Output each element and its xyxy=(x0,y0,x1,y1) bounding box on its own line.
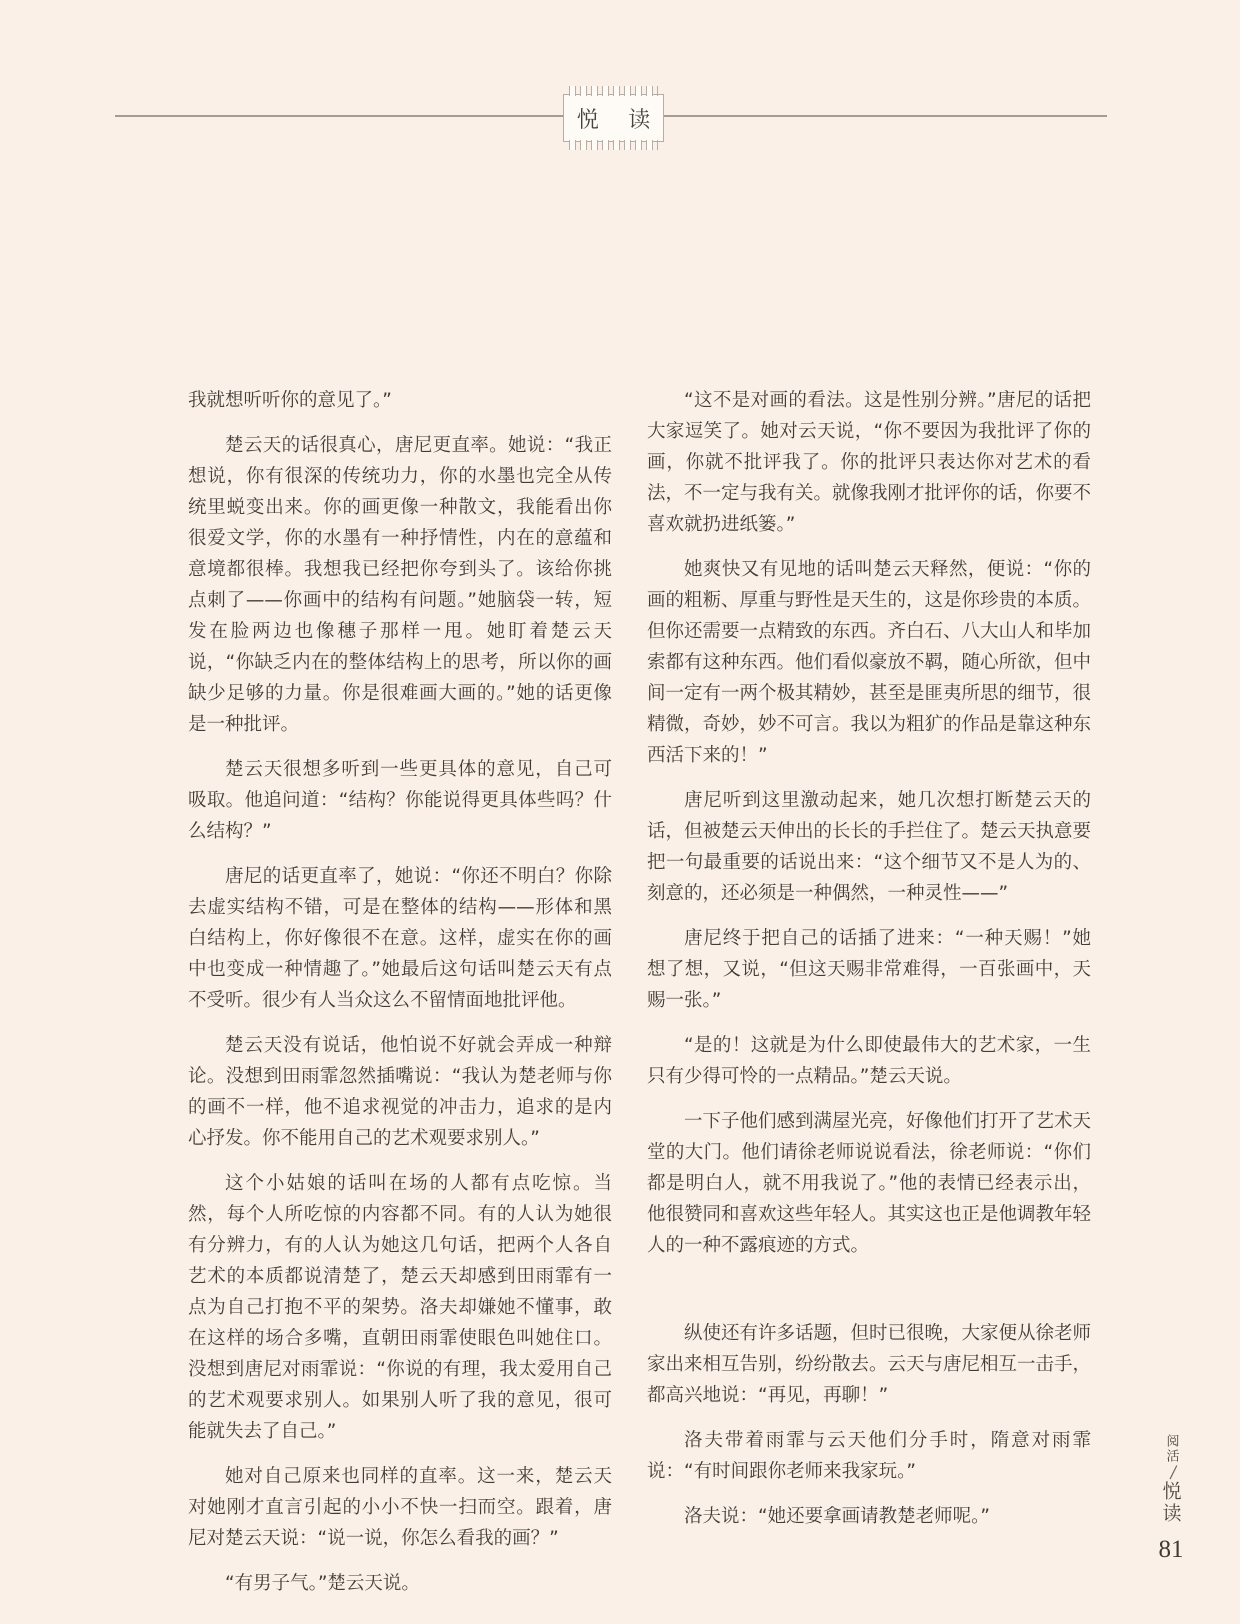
section-label: 悦读 xyxy=(1158,1481,1185,1525)
paragraph: 纵使还有许多话题，但时已很晚，大家便从徐老师家出来相互告别，纷纷散去。云天与唐尼… xyxy=(647,1318,1091,1411)
paragraph-continued: 我就想听听你的意见了。” xyxy=(188,385,612,416)
page-number: 81 xyxy=(1159,1536,1184,1564)
paragraph: “是的！这就是为什么即使最伟大的艺术家，一生只有少得可怜的一点精品。”楚云天说。 xyxy=(647,1030,1091,1092)
left-paragraphs: 楚云天的话很真心，唐尼更直率。她说：“我正想说，你有很深的传统功力，你的水墨也完… xyxy=(188,430,612,1599)
paragraph: 她对自己原来也同样的直率。这一来，楚云天对她刚才直言引起的小小不快一扫而空。跟着… xyxy=(188,1461,612,1554)
section-title: 悦 读 xyxy=(565,103,663,134)
section-header-badge: 悦 读 xyxy=(563,94,664,142)
paragraph: 楚云天没有说话，他怕说不好就会弄成一种辩论。没想到田雨霏忽然插嘴说：“我认为楚老… xyxy=(188,1030,612,1154)
paragraph: 楚云天的话很真心，唐尼更直率。她说：“我正想说，你有很深的传统功力，你的水墨也完… xyxy=(188,430,612,740)
series-label: 阅活 xyxy=(1162,1434,1181,1464)
paragraph: 唐尼听到这里激动起来，她几次想打断楚云天的话，但被楚云天伸出的长长的手拦住了。楚… xyxy=(647,785,1091,909)
paragraph: 她爽快又有见地的话叫楚云天释然，便说：“你的画的粗粝、厚重与野性是天生的，这是你… xyxy=(647,554,1091,771)
right-closing-paragraphs: 纵使还有许多话题，但时已很晚，大家便从徐老师家出来相互告别，纷纷散去。云天与唐尼… xyxy=(647,1318,1091,1532)
left-column: 我就想听听你的意见了。” 楚云天的话很真心，唐尼更直率。她说：“我正想说，你有很… xyxy=(188,385,612,1613)
page-footer-mark: 阅活 / 悦读 81 xyxy=(1144,1434,1198,1564)
paragraph: 这个小姑娘的话叫在场的人都有点吃惊。当然，每个人所吃惊的内容都不同。有的人认为她… xyxy=(188,1168,612,1447)
section-break xyxy=(647,1275,1091,1318)
right-paragraphs: “这不是对画的看法。这是性别分辨。”唐尼的话把大家逗笑了。她对云天说，“你不要因… xyxy=(647,385,1091,1261)
badge-teeth-bottom xyxy=(569,140,658,150)
slash-divider: / xyxy=(1170,1463,1178,1480)
paragraph: “这不是对画的看法。这是性别分辨。”唐尼的话把大家逗笑了。她对云天说，“你不要因… xyxy=(647,385,1091,540)
book-page: 悦 读 我就想听听你的意见了。” 楚云天的话很真心，唐尼更直率。她说：“我正想说… xyxy=(0,0,1240,1624)
paragraph: 洛夫带着雨霏与云天他们分手时，隋意对雨霏说：“有时间跟你老师来我家玩。” xyxy=(647,1425,1091,1487)
paragraph: “有男子气。”楚云天说。 xyxy=(188,1568,612,1599)
paragraph: 楚云天很想多听到一些更具体的意见，自己可吸取。他追问道：“结构？你能说得更具体些… xyxy=(188,754,612,847)
paragraph: 唐尼的话更直率了，她说：“你还不明白？你除去虚实结构不错，可是在整体的结构——形… xyxy=(188,861,612,1016)
paragraph: 唐尼终于把自己的话插了进来：“一种天赐！”她想了想，又说，“但这天赐非常难得，一… xyxy=(647,923,1091,1016)
paragraph: 一下子他们感到满屋光亮，好像他们打开了艺术天堂的大门。他们请徐老师说说看法，徐老… xyxy=(647,1106,1091,1261)
right-column: “这不是对画的看法。这是性别分辨。”唐尼的话把大家逗笑了。她对云天说，“你不要因… xyxy=(647,385,1091,1546)
paragraph: 洛夫说：“她还要拿画请教楚老师呢。” xyxy=(647,1501,1091,1532)
badge-teeth-top xyxy=(569,86,658,96)
